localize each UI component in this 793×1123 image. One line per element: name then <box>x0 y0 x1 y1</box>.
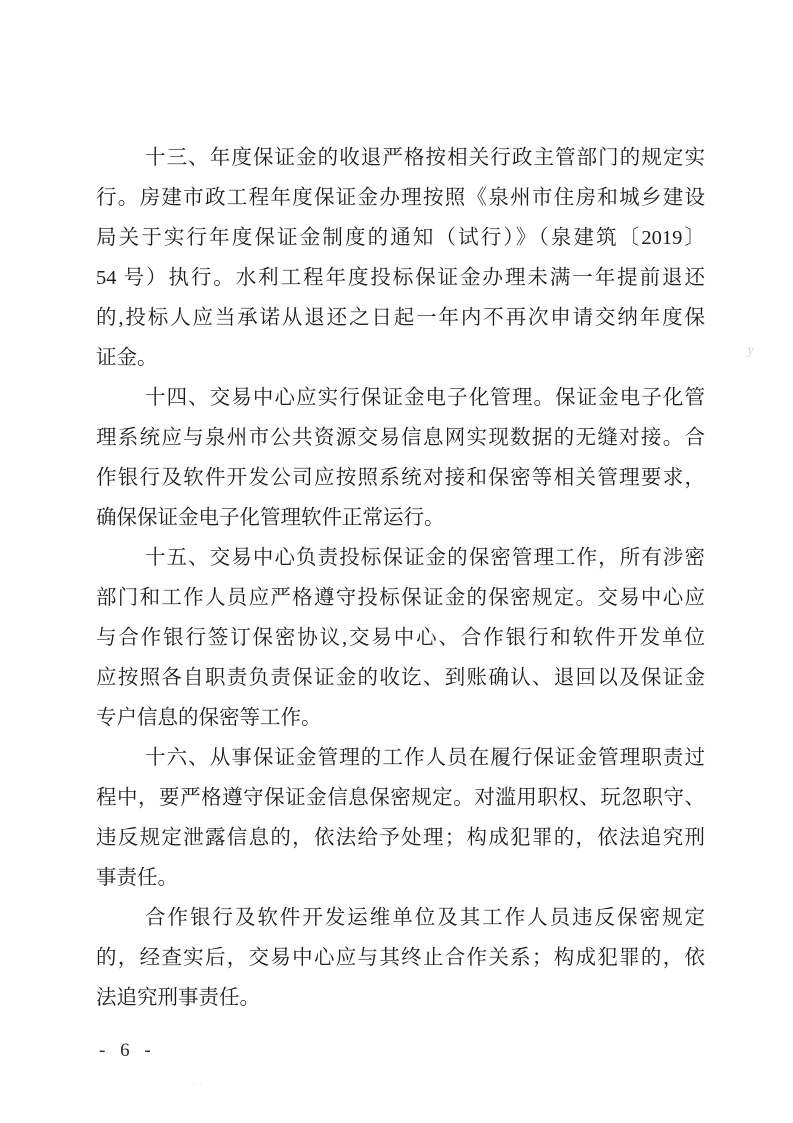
scan-artifact: ·· <box>192 1078 205 1090</box>
text-line: 行。房建市政工程年度保证金办理按照《泉州市住房和城乡建设 <box>96 178 705 218</box>
text-line: 54 号）执行。水利工程年度投标保证金办理未满一年提前退还 <box>96 258 705 298</box>
text-line: 作银行及软件开发公司应按照系统对接和保密等相关管理要求， <box>96 458 705 498</box>
text-line: 十六、从事保证金管理的工作人员在履行保证金管理职责过 <box>96 738 705 778</box>
text-line: 十三、年度保证金的收退严格按相关行政主管部门的规定实 <box>96 138 705 178</box>
text-line: 的，经查实后，交易中心应与其终止合作关系；构成犯罪的，依 <box>96 938 705 978</box>
text-line: 部门和工作人员应严格遵守投标保证金的保密规定。交易中心应 <box>96 578 705 618</box>
text-line: 应按照各自职责负责保证金的收讫、到账确认、退回以及保证金 <box>96 658 705 698</box>
text-line: 证金。 <box>96 338 705 378</box>
scanned-document-page: 十三、年度保证金的收退严格按相关行政主管部门的规定实行。房建市政工程年度保证金办… <box>0 0 793 1123</box>
text-line: 专户信息的保密等工作。 <box>96 698 705 738</box>
text-line: 确保保证金电子化管理软件正常运行。 <box>96 498 705 538</box>
text-line: 事责任。 <box>96 858 705 898</box>
text-line: 程中，要严格遵守保证金信息保密规定。对滥用职权、玩忽职守、 <box>96 778 705 818</box>
page-number: - 6 - <box>99 1040 156 1062</box>
text-line: 与合作银行签订保密协议,交易中心、合作银行和软件开发单位 <box>96 618 705 658</box>
text-line: 违反规定泄露信息的，依法给予处理；构成犯罪的，依法追究刑 <box>96 818 705 858</box>
text-line: 十五、交易中心负责投标保证金的保密管理工作，所有涉密 <box>96 538 705 578</box>
document-body: 十三、年度保证金的收退严格按相关行政主管部门的规定实行。房建市政工程年度保证金办… <box>96 138 705 1018</box>
text-line: 理系统应与泉州市公共资源交易信息网实现数据的无缝对接。合 <box>96 418 705 458</box>
text-line: 局关于实行年度保证金制度的通知（试行）》（泉建筑〔2019〕 <box>96 218 705 258</box>
scan-artifact: y <box>746 343 755 360</box>
text-line: 合作银行及软件开发运维单位及其工作人员违反保密规定 <box>96 898 705 938</box>
text-line: 十四、交易中心应实行保证金电子化管理。保证金电子化管 <box>96 378 705 418</box>
text-line: 法追究刑事责任。 <box>96 978 705 1018</box>
text-line: 的,投标人应当承诺从退还之日起一年内不再次申请交纳年度保 <box>96 298 705 338</box>
